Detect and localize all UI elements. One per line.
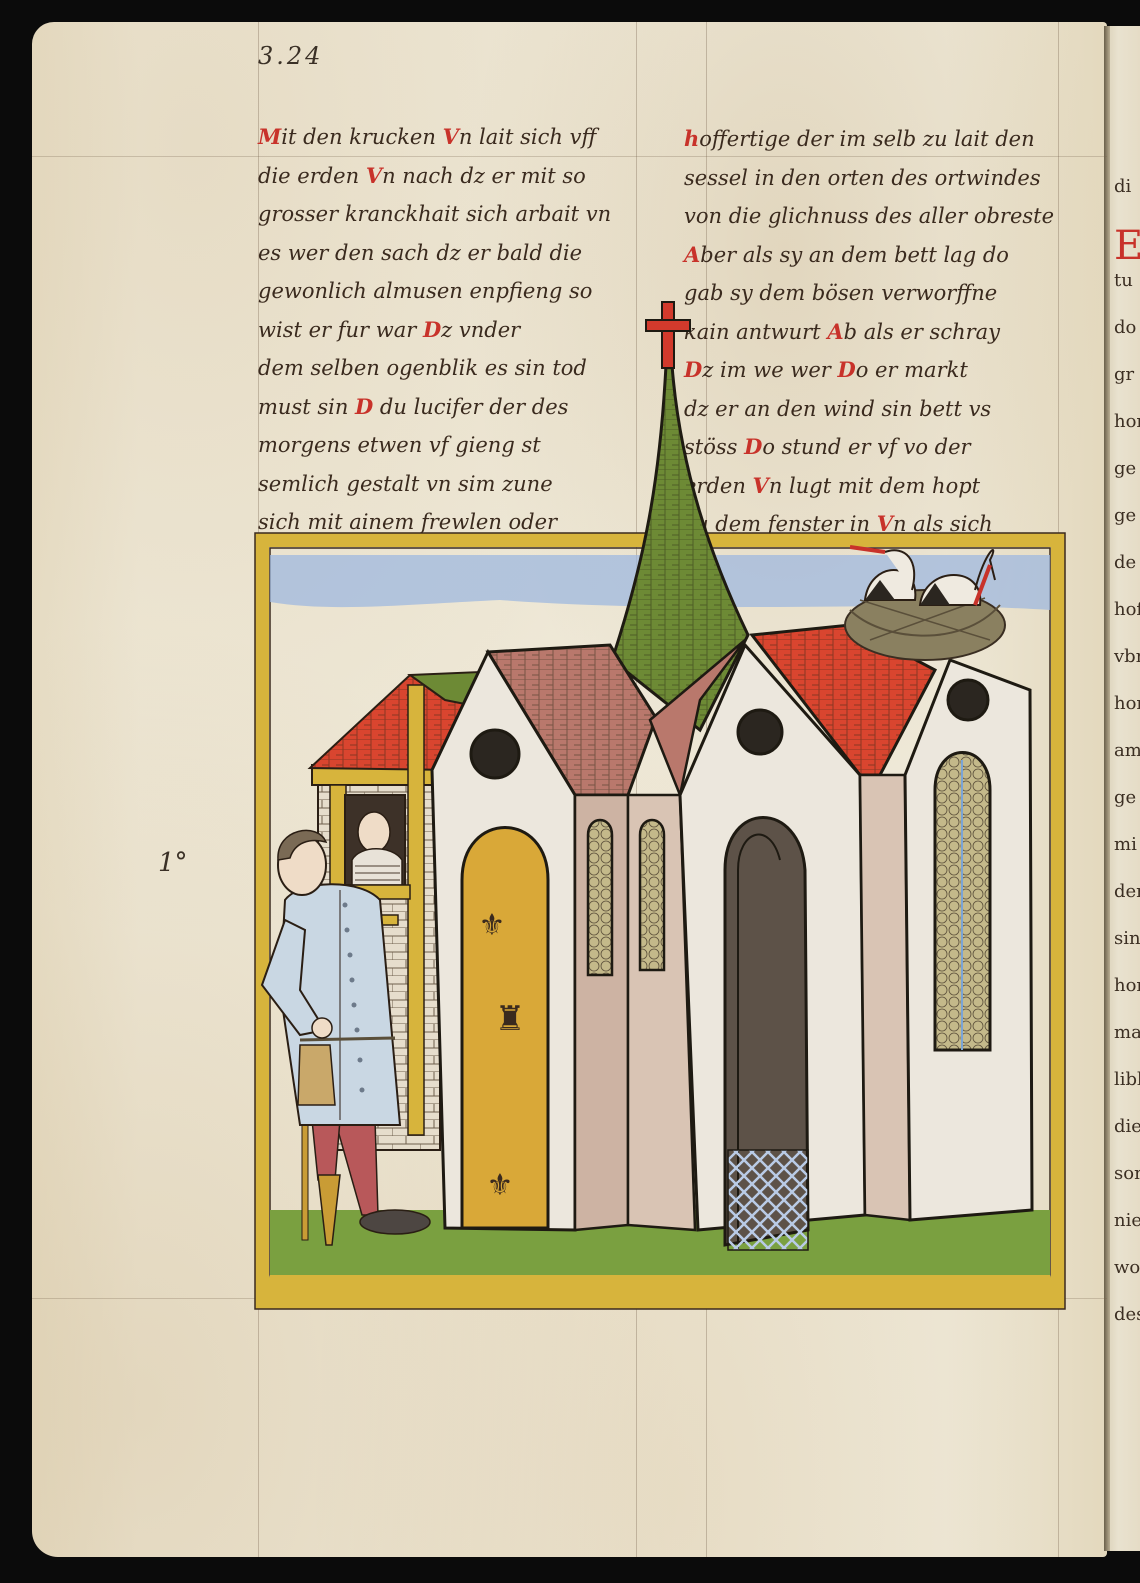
church-illustration: ⚜ ♜ ⚜ [0,0,1140,1583]
recluse-face [358,812,390,852]
cross-icon [646,302,690,368]
svg-text:♜: ♜ [495,999,525,1039]
gate-lattice [728,1150,808,1250]
church: ⚜ ♜ ⚜ [432,302,1032,1250]
alms-purse [298,1045,335,1105]
svg-text:⚜: ⚜ [479,908,506,943]
svg-text:⚜: ⚜ [487,1168,514,1203]
